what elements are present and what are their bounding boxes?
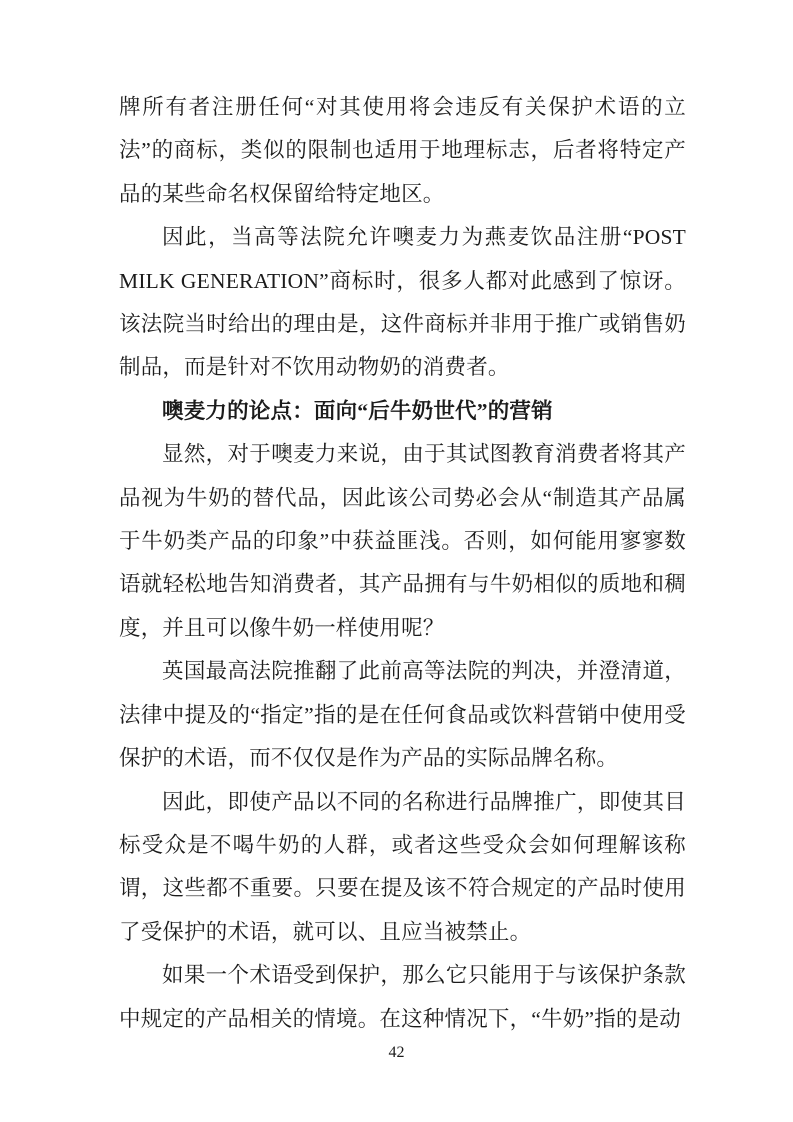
page-number: 42 xyxy=(0,1043,793,1063)
paragraph: 因此，即使产品以不同的名称进行品牌推广，即使其目标受众是不喝牛奶的人群，或者这些… xyxy=(119,781,686,955)
page-body-text: 牌所有者注册任何“对其使用将会违反有关保护术语的立法”的商标，类似的限制也适用于… xyxy=(119,86,686,1041)
paragraph: 显然，对于噢麦力来说，由于其试图教育消费者将其产品视为牛奶的替代品，因此该公司势… xyxy=(119,433,686,650)
document-page: 牌所有者注册任何“对其使用将会违反有关保护术语的立法”的商标，类似的限制也适用于… xyxy=(0,0,793,1122)
paragraph: 因此，当高等法院允许噢麦力为燕麦饮品注册“POST MILK GENERATIO… xyxy=(119,216,686,390)
section-heading: 噢麦力的论点：面向“后牛奶世代”的营销 xyxy=(119,390,686,433)
paragraph-continues-next-page: 如果一个术语受到保护，那么它只能用于与该保护条款中规定的产品相关的情境。在这种情… xyxy=(119,954,686,1041)
paragraph-continuation: 牌所有者注册任何“对其使用将会违反有关保护术语的立法”的商标，类似的限制也适用于… xyxy=(119,86,686,216)
paragraph: 英国最高法院推翻了此前高等法院的判决，并澄清道，法律中提及的“指定”指的是在任何… xyxy=(119,650,686,780)
